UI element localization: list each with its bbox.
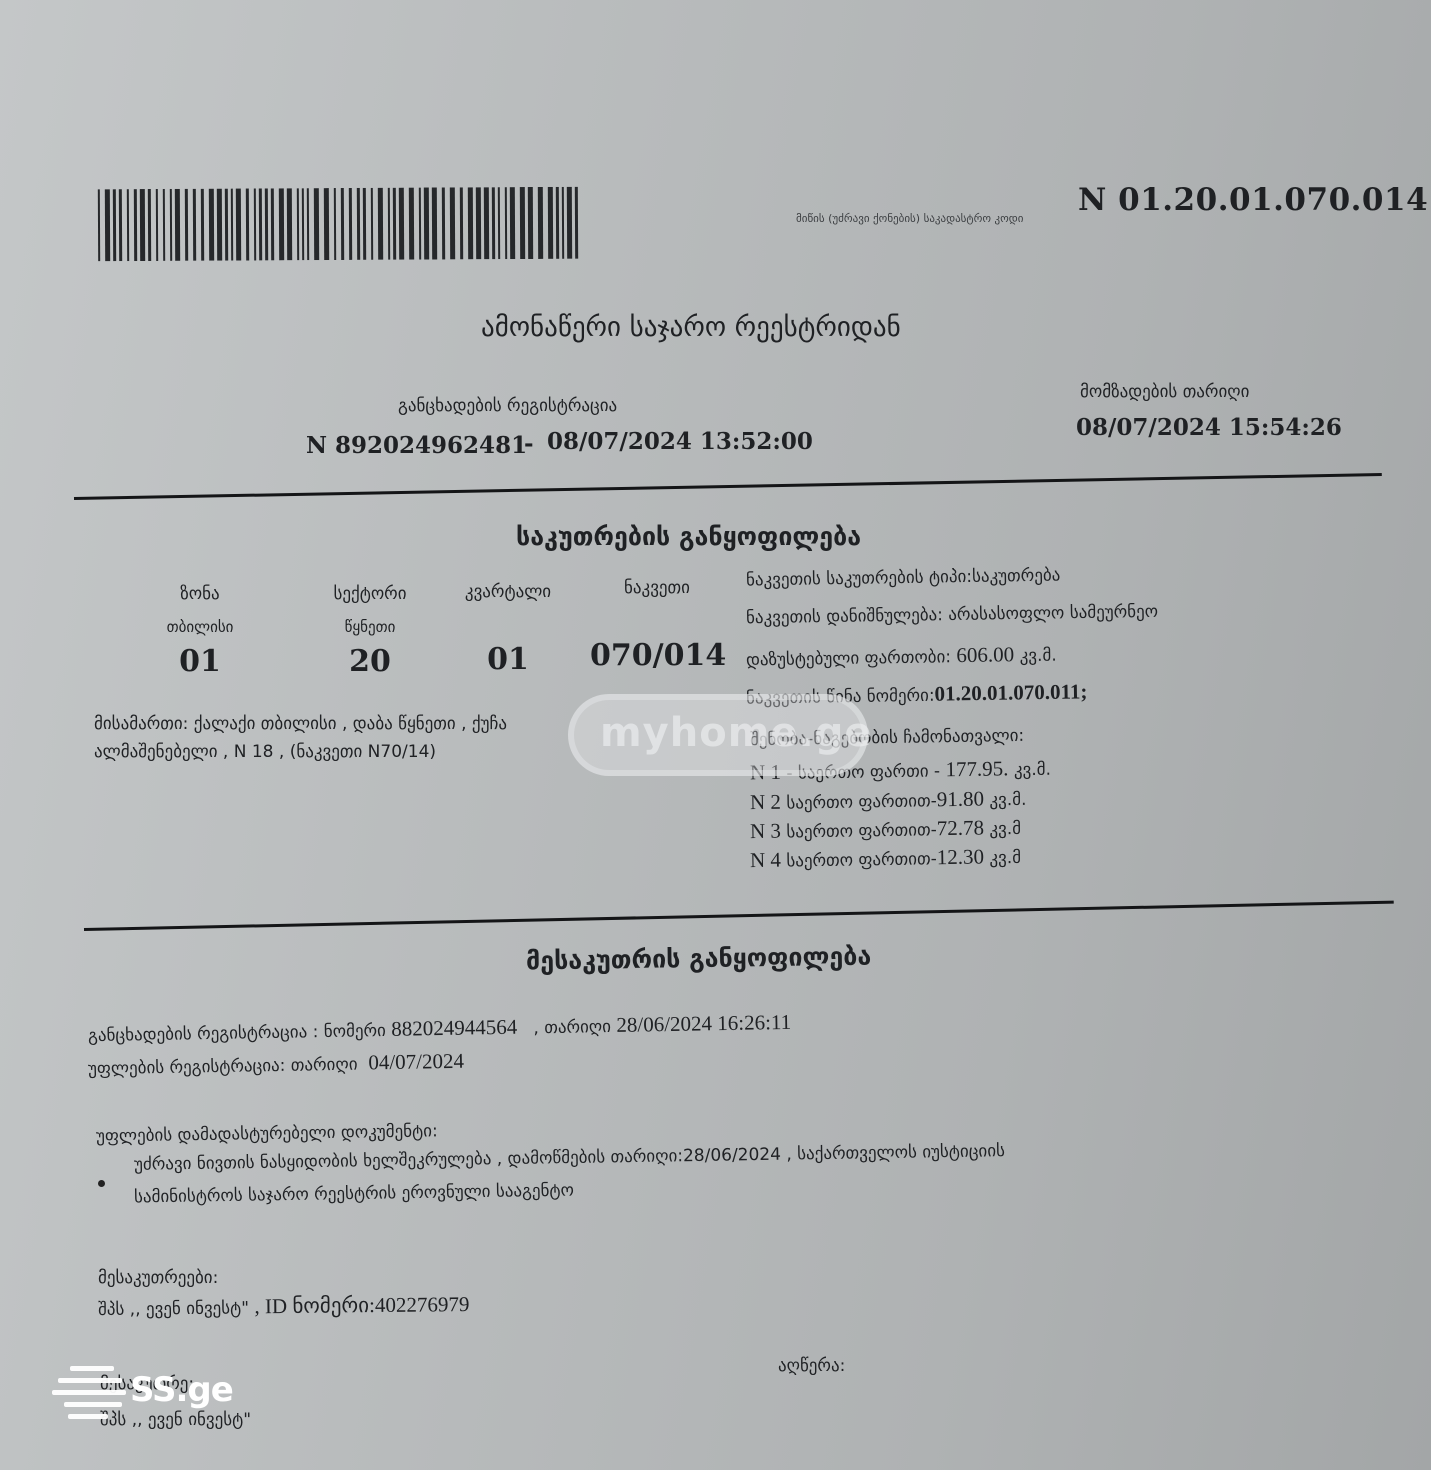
address-line-2: ალმაშენებელი , N 18 , (ნაკვეთი N70/14) (94, 742, 436, 762)
column-sub: თბილისი (140, 618, 260, 636)
bullet-icon (98, 1172, 105, 1191)
previous-number-value: 01.20.01.070.011; (934, 679, 1087, 705)
owner-section-title: მესაკუთრის განყოფილება (526, 942, 872, 976)
building-text: საერთო ფართით- (781, 849, 937, 871)
owner-entry: შპს ,, ევენ ინვესტ" , ID ნომერი:40227697… (98, 1292, 470, 1321)
building-unit: კვ.მ (989, 848, 1021, 868)
building-unit: კვ.მ. (1014, 760, 1051, 781)
column-value: 01 (140, 644, 260, 679)
column-label: ნაკვეთი (590, 578, 724, 598)
building-number: N 4 (750, 848, 781, 872)
building-text: საერთო ფართით- (781, 820, 937, 842)
owner-id: , ID ნომერი:402276979 (254, 1292, 469, 1318)
rights-registration: უფლების რეგისტრაცია: თარიღი 04/07/2024 (88, 1049, 464, 1081)
building-unit: კვ.მ. (989, 790, 1026, 811)
prepared-date-label: მომზადების თარიღი (1080, 382, 1249, 402)
owner-application-label: განცხადების რეგისტრაცია : ნომერი (88, 1021, 386, 1046)
application-label: განცხადების რეგისტრაცია (398, 396, 617, 416)
column-quarter: კვარტალი 01 (448, 582, 568, 677)
application-number: N 892024962481 (306, 432, 527, 459)
document-title: ამონაწერი საჯარო რეესტრიდან (481, 312, 901, 343)
building-area: 91.80 (937, 786, 985, 811)
purpose-label: ნაკვეთის დანიშნულება: (746, 605, 943, 628)
document-line-1: უძრავი ნივთის ნასყიდობის ხელშეკრულება , … (134, 1141, 1005, 1175)
building-row: N 4 საერთო ფართით-12.30 კვ.მ (750, 844, 1021, 873)
area-label: დაზუსტებული ფართობი: (746, 647, 951, 670)
rights-label: უფლების რეგისტრაცია: თარიღი (88, 1055, 358, 1080)
column-label: კვარტალი (448, 582, 568, 602)
parcel-purpose: ნაკვეთის დანიშნულება: არასასოფლო სამეურნ… (746, 602, 1158, 628)
owner-application-registration: განცხადების რეგისტრაცია : ნომერი 8820249… (88, 1010, 792, 1047)
myhome-watermark: myhome.ge (568, 694, 868, 776)
building-area: 12.30 (937, 844, 985, 869)
building-row: N 3 საერთო ფართით-72.78 კვ.მ (750, 815, 1021, 844)
owner-application-date-label: , თარიღი (533, 1017, 611, 1038)
building-number: N 2 (750, 790, 781, 814)
column-sub (448, 616, 568, 634)
divider-middle (84, 901, 1394, 931)
column-value: 070/014 (590, 638, 724, 673)
ss-watermark: SS.ge (52, 1362, 252, 1426)
column-value: 20 (310, 644, 430, 679)
myhome-watermark-text: myhome.ge (600, 710, 872, 756)
application-datetime: 08/07/2024 13:52:00 (547, 428, 813, 455)
description-label: აღწერა: (778, 1356, 845, 1376)
column-value: 01 (448, 642, 568, 677)
building-area: 72.78 (937, 815, 985, 840)
application-separator: - (524, 430, 534, 457)
property-section-title: საკუთრების განყოფილება (516, 522, 861, 551)
owner-application-datetime: 28/06/2024 16:26:11 (616, 1010, 791, 1037)
column-zone: ზონა თბილისი 01 (140, 584, 260, 679)
building-area: 177.95. (945, 756, 1008, 781)
column-sub (590, 612, 724, 630)
rights-date: 04/07/2024 (368, 1049, 464, 1075)
cadastral-code: N 01.20.01.070.014 (1078, 182, 1428, 218)
ownership-type: ნაკვეთის საკუთრების ტიპი:საკუთრება (746, 566, 1061, 591)
owners-label: მესაკუთრეები: (98, 1268, 218, 1288)
column-label: სექტორი (310, 584, 430, 604)
prepared-datetime: 08/07/2024 15:54:26 (1076, 414, 1342, 441)
ss-watermark-text: SS.ge (130, 1370, 233, 1410)
cadastral-code-caption: მიწის (უძრავი ქონების) საკადასტრო კოდი (796, 212, 1023, 225)
building-row: N 2 საერთო ფართით-91.80 კვ.მ. (750, 786, 1027, 815)
parcel-area: დაზუსტებული ფართობი: 606.00 კვ.მ. (746, 642, 1057, 672)
owner-application-number: 882024944564 (391, 1015, 517, 1041)
area-value: 606.00 (956, 642, 1014, 667)
building-number: N 3 (750, 819, 781, 843)
area-unit: კვ.მ. (1019, 646, 1056, 667)
building-text: საერთო ფართით- (781, 791, 937, 813)
address-line-1: მისამართი: ქალაქი თბილისი , დაბა წყნეთი … (94, 714, 507, 734)
owner-name: შპს ,, ევენ ინვესტ" (98, 1298, 249, 1320)
ownership-type-label: ნაკვეთის საკუთრების ტიპი: (746, 567, 972, 591)
column-label: ზონა (140, 584, 260, 604)
purpose-value: არასასოფლო სამეურნეო (948, 602, 1158, 625)
barcode-icon (96, 187, 584, 262)
column-sub: წყნეთი (310, 618, 430, 636)
building-unit: კვ.მ (989, 819, 1021, 839)
column-sector: სექტორი წყნეთი 20 (310, 584, 430, 679)
divider-top (74, 473, 1382, 500)
document-label: უფლების დამადასტურებელი დოკუმენტი: (96, 1121, 438, 1146)
column-parcel: ნაკვეთი 070/014 (590, 578, 724, 673)
document-line-2: სამინისტროს საჯარო რეესტრის ეროვნული საა… (134, 1181, 574, 1208)
ownership-type-value: საკუთრება (972, 566, 1061, 587)
